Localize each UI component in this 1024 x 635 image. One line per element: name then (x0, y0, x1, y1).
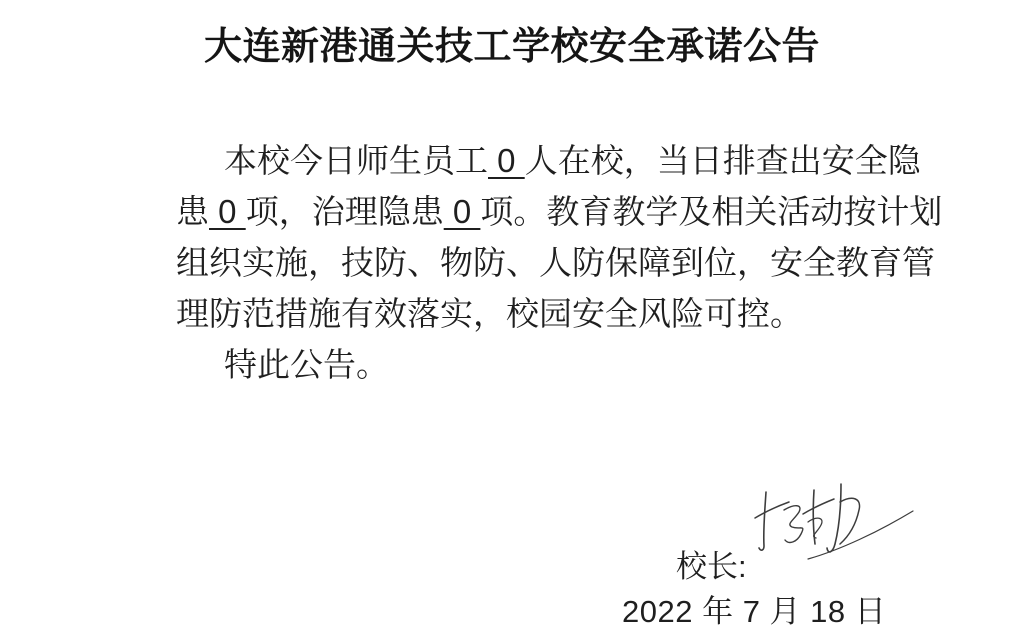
document-date: 2022 年 7 月 18 日 (622, 594, 886, 630)
body-line: 特此公告。 (176, 339, 916, 390)
body-text: 本校今日师生员工 (224, 142, 488, 179)
body-line: 本校今日师生员工 0 人在校，当日排查出安全隐 (176, 135, 916, 186)
principal-label: 校长: (676, 549, 747, 585)
body-line: 患 0 项，治理隐患 0 项。教育教学及相关活动按计划 (176, 186, 916, 237)
body-line: 组织实施，技防、物防、人防保障到位，安全教育管 (176, 237, 916, 288)
count-value-underlined: 0 (444, 193, 481, 230)
body-text: 人在校，当日排查出安全隐 (525, 142, 921, 179)
body-line: 理防范措施有效落实，校园安全风险可控。 (176, 288, 916, 339)
announcement-body: 本校今日师生员工 0 人在校，当日排查出安全隐患 0 项，治理隐患 0 项。教育… (176, 135, 916, 390)
page-title: 大连新港通关技工学校安全承诺公告 (0, 22, 1024, 72)
handwritten-signature-icon (728, 458, 918, 568)
body-text: 患 (176, 193, 209, 230)
body-text: 特此公告。 (224, 346, 389, 383)
body-text: 项。教育教学及相关活动按计划 (480, 193, 942, 230)
count-value-underlined: 0 (209, 193, 246, 230)
body-text: 理防范措施有效落实，校园安全风险可控。 (176, 295, 803, 332)
count-value-underlined: 0 (488, 142, 525, 179)
body-text: 项，治理隐患 (246, 193, 444, 230)
announcement-document: 大连新港通关技工学校安全承诺公告 本校今日师生员工 0 人在校，当日排查出安全隐… (0, 0, 1024, 635)
body-text: 组织实施，技防、物防、人防保障到位，安全教育管 (176, 244, 935, 281)
